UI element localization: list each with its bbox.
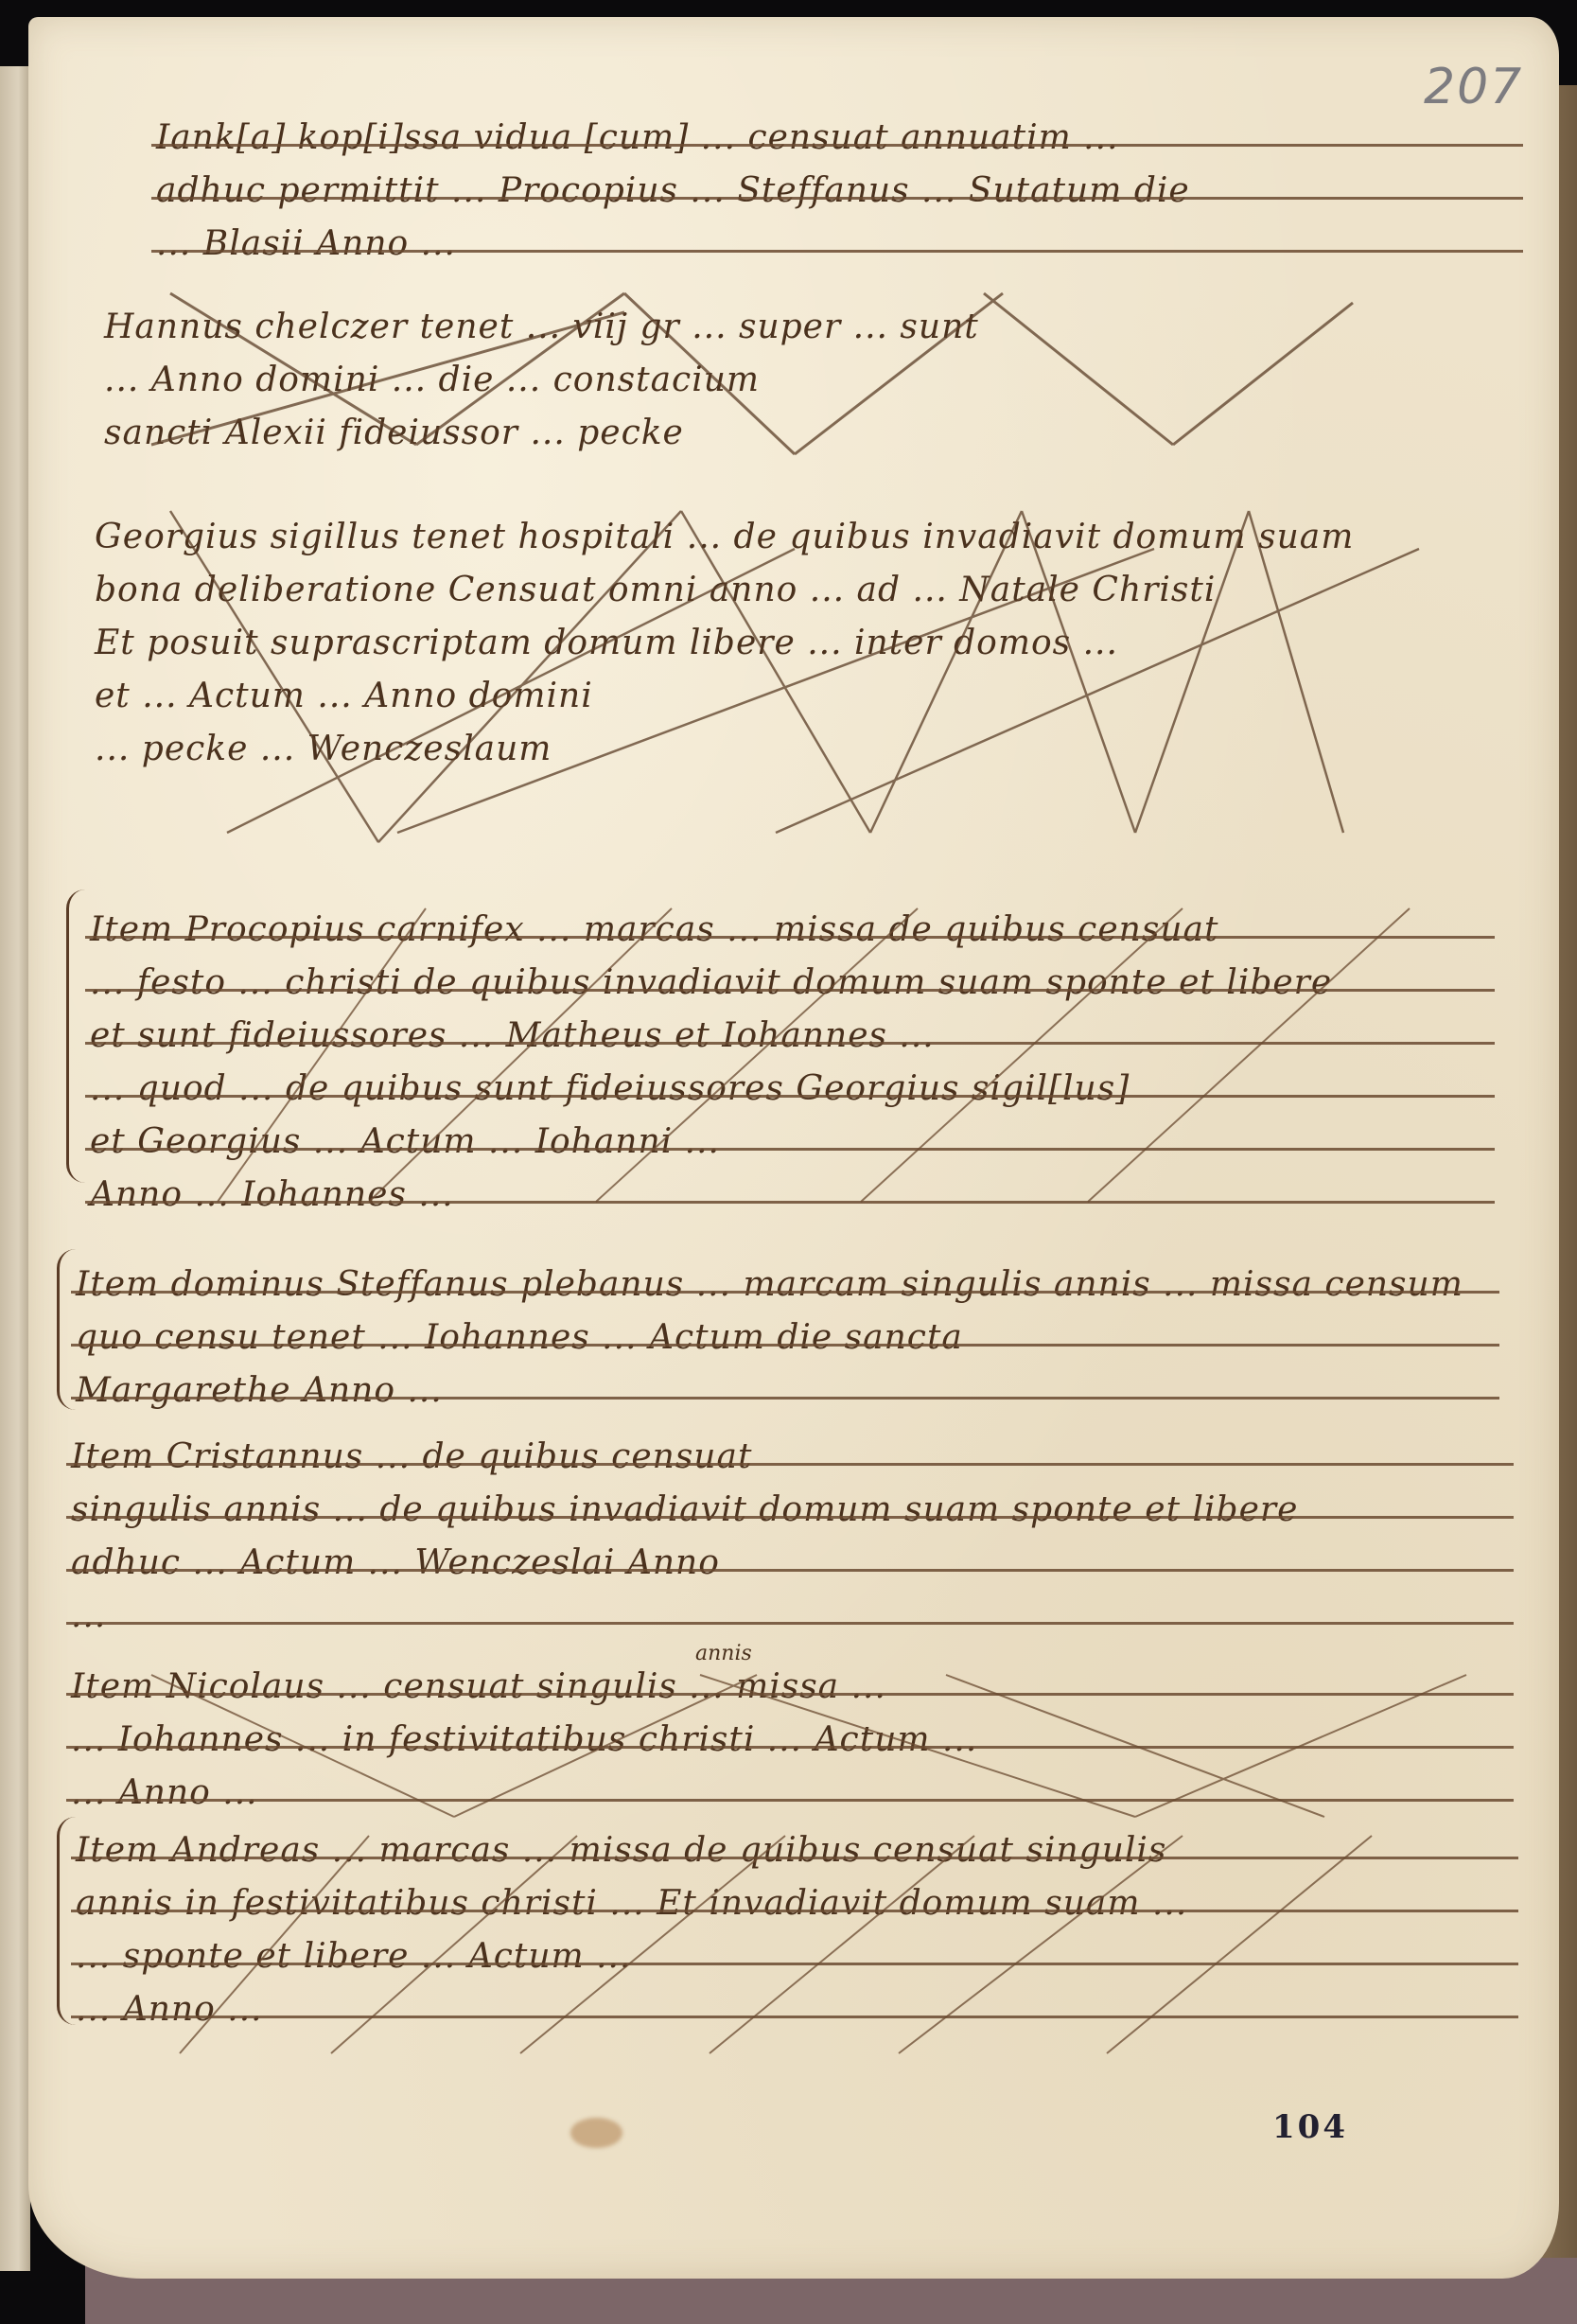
entry-line: quo censu tenet ... Iohannes ... Actum d…	[76, 1312, 1495, 1364]
left-binding-edge	[0, 66, 30, 2271]
entry-bracket	[66, 889, 92, 1183]
entry-line: singulis annis ... de quibus invadiavit …	[71, 1484, 1509, 1537]
entry-line: Margarethe Anno ...	[76, 1364, 1495, 1417]
cancellation-strokes	[142, 889, 1466, 1211]
entry-6: Item Cristannus ... de quibus censuat si…	[71, 1431, 1509, 1643]
entry-line: ... Blasii Anno ...	[156, 218, 1518, 271]
ink-stain	[570, 2118, 622, 2148]
entry-line: adhuc permittit ... Procopius ... Steffa…	[156, 165, 1518, 218]
cancellation-strokes	[114, 492, 1438, 852]
entry-line: Item Cristannus ... de quibus censuat	[71, 1431, 1509, 1484]
folio-number-top: 207	[1424, 59, 1523, 115]
entry-5: Item dominus Steffanus plebanus ... marc…	[76, 1259, 1495, 1417]
entry-line: Item dominus Steffanus plebanus ... marc…	[76, 1259, 1495, 1312]
cancellation-strokes	[123, 1817, 1495, 2063]
entry-line: ...	[71, 1590, 1509, 1643]
entry-line: Iank[a] kop[i]ssa vidua [cum] ... censua…	[156, 112, 1518, 165]
entry-1: Iank[a] kop[i]ssa vidua [cum] ... censua…	[156, 112, 1518, 271]
cancellation-strokes	[132, 274, 1362, 464]
folio-number-bottom: 104	[1272, 2108, 1348, 2146]
entry-line: adhuc ... Actum ... Wenczeslai Anno	[71, 1537, 1509, 1590]
cancellation-strokes	[95, 1656, 1514, 1826]
